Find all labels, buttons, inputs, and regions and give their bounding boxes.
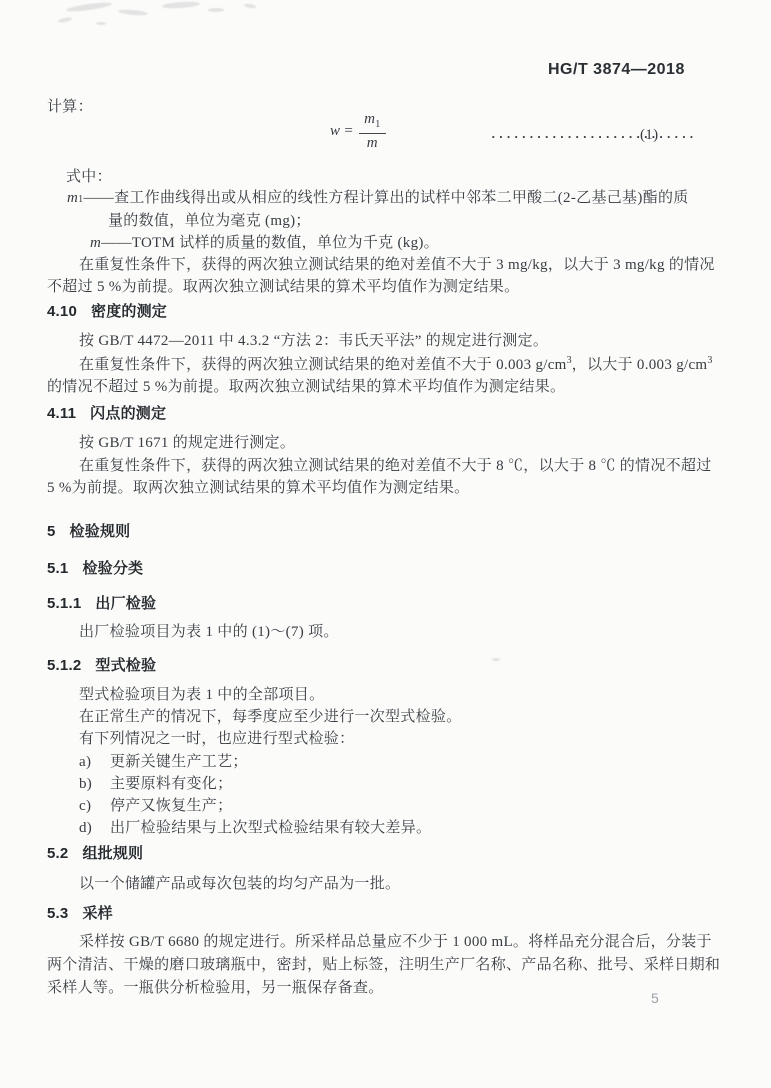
list-item-text: 更新关键生产工艺； <box>110 754 248 770</box>
term-m1-dash: —— <box>83 189 114 208</box>
scanned-document-page: HG/T 3874—2018 计算： w = m1 m ............… <box>0 0 771 1088</box>
formula-1: w = m1 m <box>330 112 386 151</box>
section-number: 4.11 <box>47 405 76 422</box>
formula-leader-dots: ........................... <box>490 128 696 142</box>
scan-artifact <box>66 1 112 13</box>
section-title: 检验分类 <box>82 560 143 577</box>
formula-denominator: m <box>367 134 378 152</box>
section-title: 型式检验 <box>95 657 156 674</box>
section-5-1-2-p2: 在正常生产的情况下，每季度应至少进行一次型式检验。 <box>79 708 462 727</box>
formula-equals: = <box>344 122 353 141</box>
section-number: 5.3 <box>47 905 68 922</box>
section-number: 5.1.1 <box>47 595 81 612</box>
term-m-def: TOTM 试样的质量的数值，单位为千克 (kg)。 <box>132 234 439 253</box>
p2-text-b: ，以大于 0.003 g/cm <box>572 357 708 373</box>
where-label: 式中： <box>66 168 112 187</box>
formula-var-m: m <box>367 135 378 151</box>
list-item: b)主要原料有变化； <box>79 775 232 794</box>
section-title: 闪点的测定 <box>90 405 166 422</box>
section-title: 采样 <box>82 905 112 922</box>
section-4-11-p2-line1: 在重复性条件下，获得的两次独立测试结果的绝对差值不大于 8 ℃，以大于 8 ℃ … <box>79 457 712 476</box>
scan-artifact <box>96 22 106 25</box>
list-item-label: b) <box>79 775 110 794</box>
list-item: a)更新关键生产工艺； <box>79 753 248 772</box>
formula-numerator: m1 <box>359 112 385 134</box>
section-number: 5.1.2 <box>47 657 81 674</box>
section-5-3-heading: 5.3采样 <box>47 905 113 924</box>
section-number: 5.2 <box>47 845 68 862</box>
section-5-heading: 5检验规则 <box>47 523 130 542</box>
section-5-1-2-heading: 5.1.2型式检验 <box>47 657 156 676</box>
section-title: 组批规则 <box>82 845 143 862</box>
section-4-11-p1: 按 GB/T 1671 的规定进行测定。 <box>79 434 295 453</box>
section-number: 5 <box>47 523 56 540</box>
repeatability-line2: 不超过 5 %为前提。取两次独立测试结果的算术平均值作为测定结果。 <box>47 278 519 297</box>
calc-lead: 计算： <box>47 98 93 117</box>
list-item-label: a) <box>79 753 110 772</box>
formula-var-w: w <box>330 123 340 139</box>
section-5-2-heading: 5.2组批规则 <box>47 845 143 864</box>
section-5-3-p1-line1: 采样按 GB/T 6680 的规定进行。所采样品总量应不少于 1 000 mL。… <box>79 933 712 952</box>
list-item-text: 停产又恢复生产； <box>110 798 232 814</box>
p2-text-a: 在重复性条件下，获得的两次独立测试结果的绝对差值不大于 0.003 g/cm <box>79 357 567 373</box>
section-title: 出厂检验 <box>95 595 156 612</box>
standard-code: HG/T 3874—2018 <box>548 60 685 80</box>
term-m1-symbol: m <box>67 189 78 208</box>
list-item: d)出厂检验结果与上次型式检验结果有较大差异。 <box>79 819 431 838</box>
section-5-1-2-p1: 型式检验项目为表 1 中的全部项目。 <box>79 686 324 705</box>
section-5-1-1-p1: 出厂检验项目为表 1 中的 (1)～(7) 项。 <box>79 623 339 642</box>
section-4-10-p2-line2: 的情况不超过 5 %为前提。取两次独立测试结果的算术平均值作为测定结果。 <box>47 378 565 397</box>
section-title: 检验规则 <box>70 523 131 540</box>
scan-artifact <box>162 1 200 10</box>
superscript-3: 3 <box>707 355 712 366</box>
list-item-text: 主要原料有变化； <box>110 776 232 792</box>
term-m-dash: —— <box>101 234 132 253</box>
section-5-3-p1-line2: 两个清洁、干燥的磨口玻璃瓶中，密封，贴上标签，注明生产厂名称、产品名称、批号、采… <box>47 956 720 975</box>
section-4-10-p2-line1: 在重复性条件下，获得的两次独立测试结果的绝对差值不大于 0.003 g/cm3，… <box>79 355 712 375</box>
scan-artifact <box>58 17 73 24</box>
section-5-1-1-heading: 5.1.1出厂检验 <box>47 595 156 614</box>
list-item-label: c) <box>79 797 110 816</box>
formula-var-m1: m <box>364 111 375 127</box>
section-4-11-p2-line2: 5 %为前提。取两次独立测试结果的算术平均值作为测定结果。 <box>47 479 469 498</box>
formula-fraction: m1 m <box>359 112 385 151</box>
formula-equation-number: (1) <box>640 126 658 145</box>
term-m-symbol: m <box>90 234 101 253</box>
term-m1-line1: m1——查工作曲线得出或从相应的线性方程计算出的试样中邻苯二甲酸二(2-乙基己基… <box>67 189 689 208</box>
section-4-10-heading: 4.10密度的测定 <box>47 303 167 322</box>
repeatability-line1: 在重复性条件下，获得的两次独立测试结果的绝对差值不大于 3 mg/kg，以大于 … <box>79 256 715 275</box>
term-m-line: m——TOTM 试样的质量的数值，单位为千克 (kg)。 <box>90 234 439 253</box>
page-number: 5 <box>651 990 659 1008</box>
section-5-2-p1: 以一个储罐产品或每次包装的均匀产品为一批。 <box>79 875 400 894</box>
section-4-10-p1: 按 GB/T 4472—2011 中 4.3.2 “方法 2：韦氏天平法” 的规… <box>79 332 548 351</box>
formula-var-m1-sub: 1 <box>375 119 380 130</box>
scan-artifact <box>492 658 500 661</box>
scan-artifact <box>244 3 257 9</box>
list-item-label: d) <box>79 819 110 838</box>
section-number: 5.1 <box>47 560 68 577</box>
list-item-text: 出厂检验结果与上次型式检验结果有较大差异。 <box>110 820 431 836</box>
section-5-3-p1-line3: 采样人等。一瓶供分析检验用，另一瓶保存备查。 <box>47 979 384 998</box>
list-item: c)停产又恢复生产； <box>79 797 232 816</box>
term-m1-def-line1: 查工作曲线得出或从相应的线性方程计算出的试样中邻苯二甲酸二(2-乙基己基)酯的质 <box>114 189 689 208</box>
section-5-1-heading: 5.1检验分类 <box>47 560 143 579</box>
term-m1-def-line2: 量的数值，单位为毫克 (mg)； <box>108 212 311 231</box>
section-5-1-2-p3: 有下列情况之一时，也应进行型式检验： <box>79 730 354 749</box>
scan-artifact <box>208 8 224 12</box>
scan-artifact <box>118 9 148 17</box>
section-4-11-heading: 4.11闪点的测定 <box>47 405 166 424</box>
section-title: 密度的测定 <box>91 303 167 320</box>
section-number: 4.10 <box>47 303 77 320</box>
formula-lhs: w <box>330 122 340 141</box>
